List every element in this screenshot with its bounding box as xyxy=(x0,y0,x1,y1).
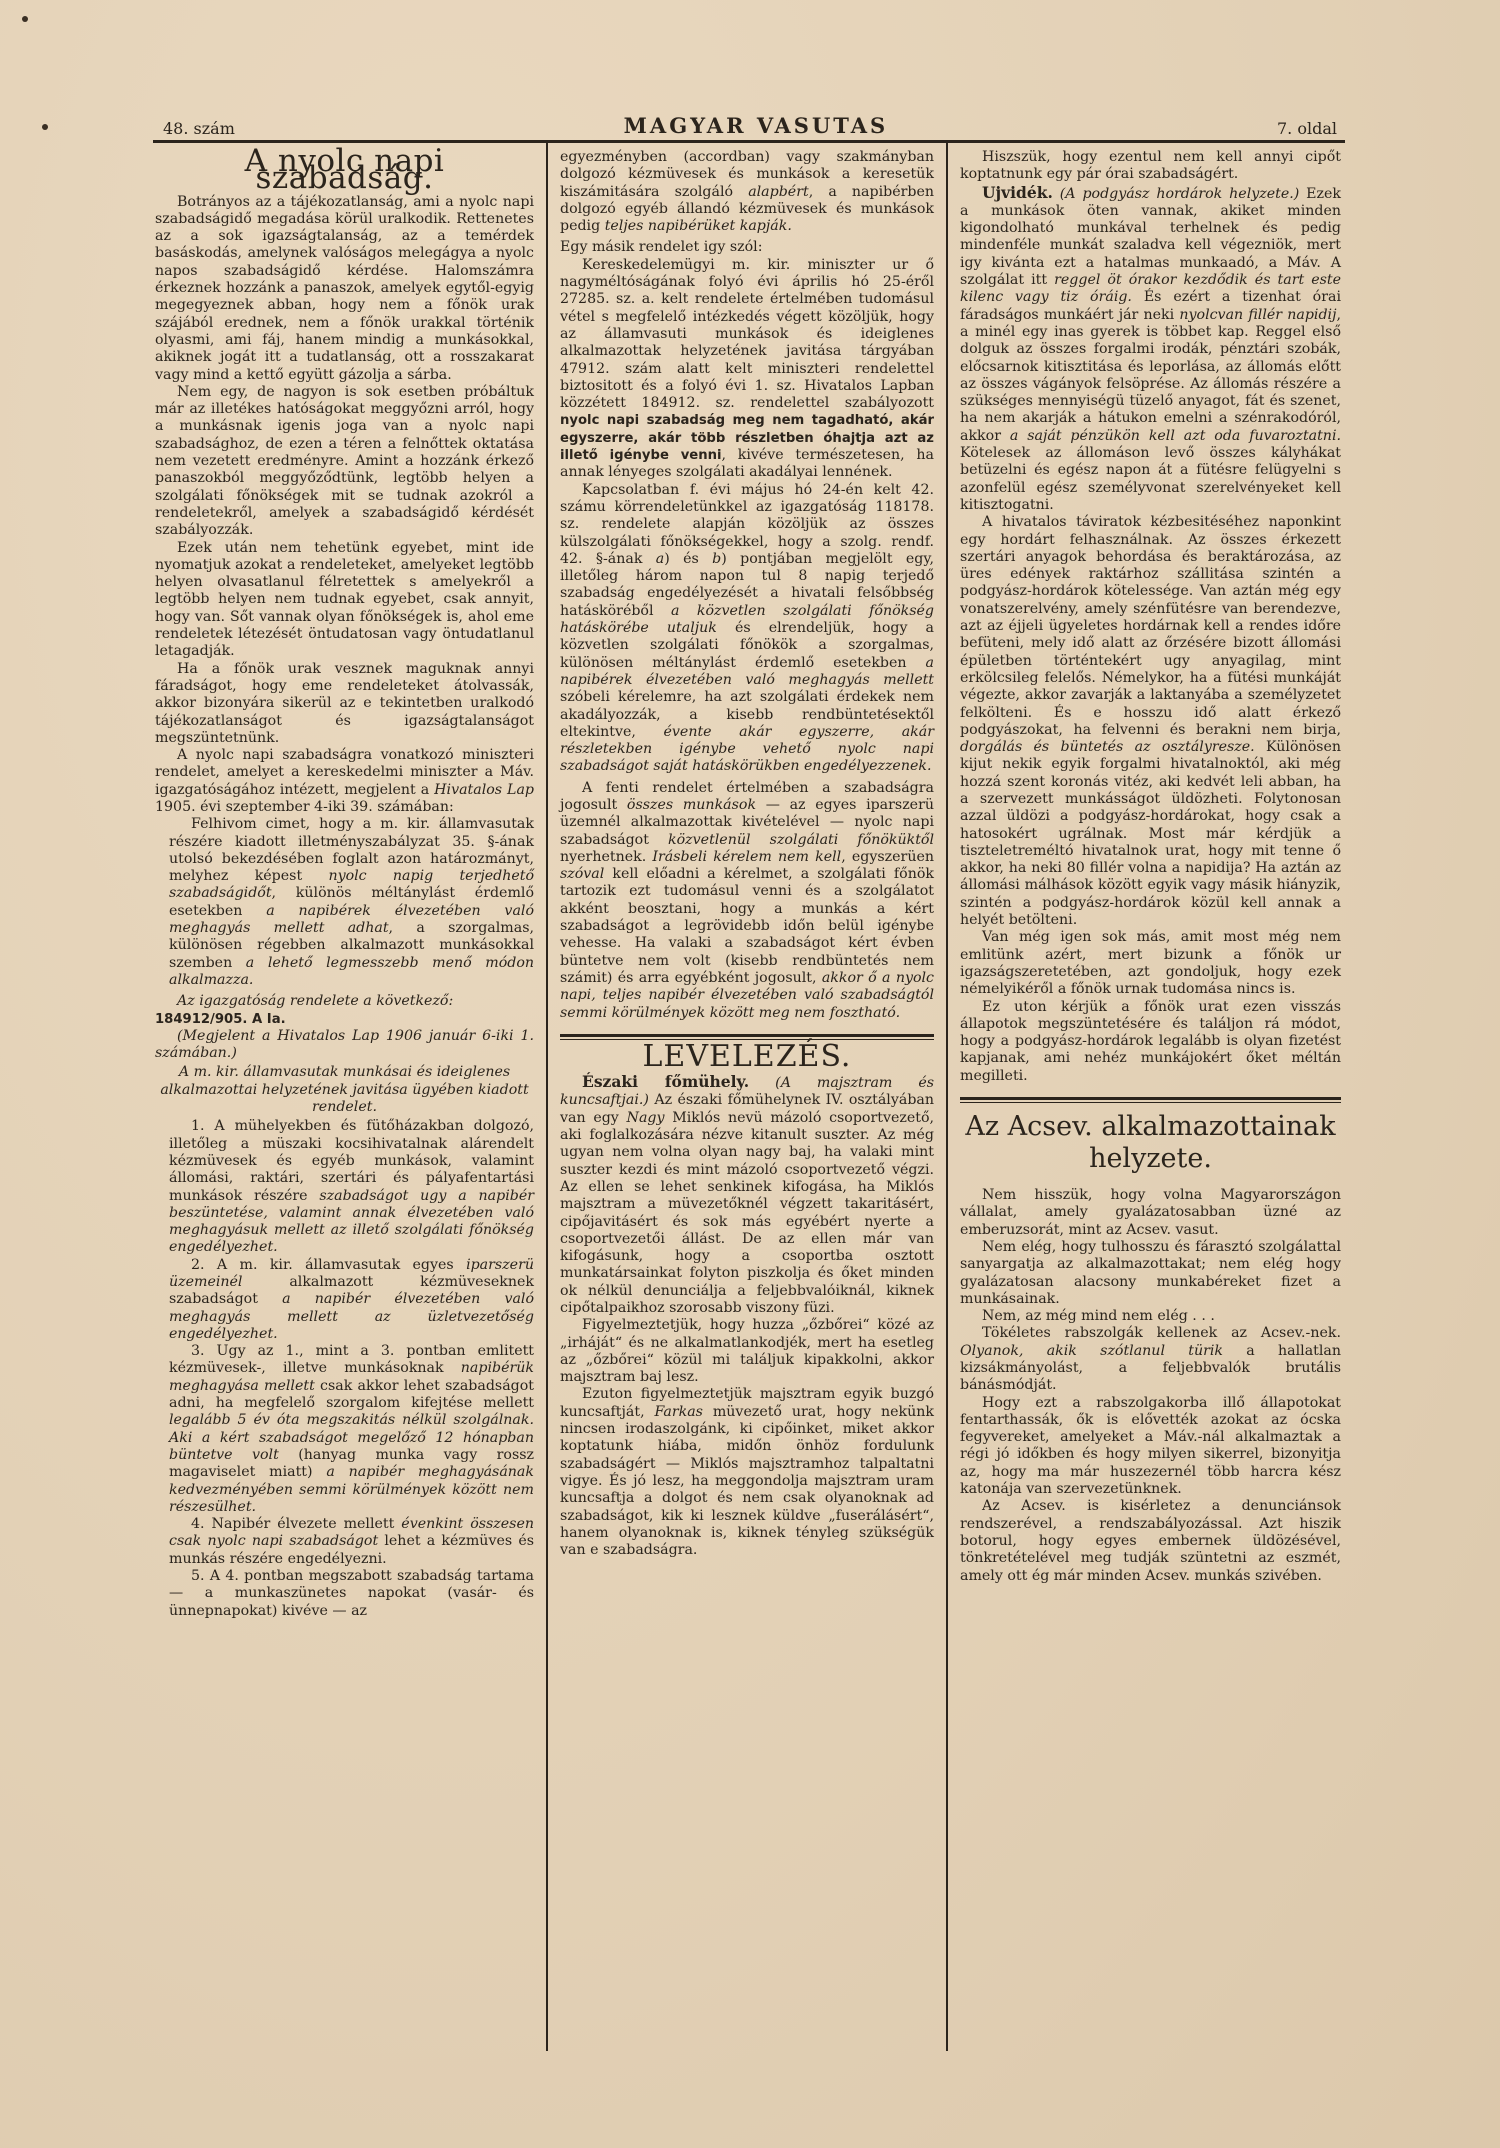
paragraph: Figyelmeztetjük, hogy huzza „őzbőrei“ kö… xyxy=(560,1317,934,1386)
reference-number: 184912/905. A Ia. xyxy=(155,1011,534,1028)
paragraph: Ez uton kérjük a főnök urat ezen visszás… xyxy=(960,999,1341,1085)
paragraph: Nem egy, de nagyon is sok esetben próbál… xyxy=(155,384,534,540)
decree-point-1: 1. A mühelyekben és fütőházakban dolgozó… xyxy=(155,1118,534,1256)
letter-eszaki: Északi főmühely. (A majsztram és kuncsaf… xyxy=(560,1073,934,1317)
paragraph: egyezményben (accordban) vagy szakmányba… xyxy=(560,149,934,235)
paragraph: Nem elég, hogy tulhosszu és fárasztó szo… xyxy=(960,1239,1341,1308)
decree-subtitle: A m. kir. államvasutak munkásai és ideig… xyxy=(155,1062,534,1118)
article-title: A nyolc napi szabadság. xyxy=(155,153,534,188)
masthead: MAGYAR VASUTAS xyxy=(624,113,889,138)
paragraph: Van még igen sok más, amit most még nem … xyxy=(960,929,1341,998)
section-divider xyxy=(960,1097,1341,1103)
letter-ujvidek: Ujvidék. (A podgyász hordárok helyzete.)… xyxy=(960,184,1341,515)
paragraph: Tökéletes rabszolgák kellenek az Acsev.-… xyxy=(960,1325,1341,1394)
paragraph: Ezek után nem tehetünk egyebet, mint ide… xyxy=(155,540,534,661)
paragraph: Ezuton figyelmeztetjük majsztram egyik b… xyxy=(560,1386,934,1559)
column-2: egyezményben (accordban) vagy szakmányba… xyxy=(548,143,948,2051)
column-3: Hiszszük, hogy ezentul nem kell annyi ci… xyxy=(948,143,1343,2051)
quoted-decree: Kapcsolatban f. évi május hó 24-én kelt … xyxy=(560,482,934,776)
decree-intro: Az igazgatóság rendelete a következő: xyxy=(155,993,534,1010)
paragraph: A nyolc napi szabadságra vonatkozó minis… xyxy=(155,747,534,816)
paragraph: Ha a főnök urak vesznek maguknak annyi f… xyxy=(155,661,534,747)
paragraph: Hiszszük, hogy ezentul nem kell annyi ci… xyxy=(960,149,1341,184)
page-number: 7. oldal xyxy=(1277,119,1337,138)
decree-point-3: 3. Ugy az 1., mint a 3. pontban emlitett… xyxy=(155,1343,534,1516)
paragraph: Hogy ezt a rabszolgakorba illő állapotok… xyxy=(960,1395,1341,1499)
paper-stain xyxy=(42,124,48,130)
decree-point-4: 4. Napibér élvezete mellett évenkint öss… xyxy=(155,1516,534,1568)
paper-stain xyxy=(22,16,28,22)
decree-point-5: 5. A 4. pontban megszabott szabadság tar… xyxy=(155,1568,534,1620)
newspaper-page: 48. szám MAGYAR VASUTAS 7. oldal A nyolc… xyxy=(153,112,1345,2051)
article-title: Az Acsev. alkalmazottainakhelyzete. xyxy=(960,1111,1341,1175)
quoted-decree: Kereskedelemügyi m. kir. miniszter ur ő … xyxy=(560,257,934,482)
paragraph: A hivatalos táviratok kézbesitéséhez nap… xyxy=(960,514,1341,929)
quoted-decree: Felhivom cimet, hogy a m. kir. államvasu… xyxy=(155,816,534,989)
paragraph: Botrányos az a tájékozatlanság, ami a ny… xyxy=(155,194,534,384)
page-header: 48. szám MAGYAR VASUTAS 7. oldal xyxy=(153,112,1345,143)
issue-number: 48. szám xyxy=(163,119,235,138)
paragraph: Az Acsev. is kisérletez a denunciánsok r… xyxy=(960,1498,1341,1584)
paragraph: Nem, az még mind nem elég . . . xyxy=(960,1308,1341,1325)
publication-note: (Megjelent a Hivatalos Lap 1906 január 6… xyxy=(155,1028,534,1063)
column-1: A nyolc napi szabadság. Botrányos az a t… xyxy=(153,143,548,2051)
paragraph: A fenti rendelet értelmében a szabadságr… xyxy=(560,780,934,1022)
section-title: LEVELEZÉS. xyxy=(560,1048,934,1065)
paragraph: Egy másik rendelet igy szól: xyxy=(560,239,934,256)
decree-point-2: 2. A m. kir. államvasutak egyes iparszer… xyxy=(155,1257,534,1343)
paragraph: Nem hisszük, hogy volna Magyarországon v… xyxy=(960,1187,1341,1239)
